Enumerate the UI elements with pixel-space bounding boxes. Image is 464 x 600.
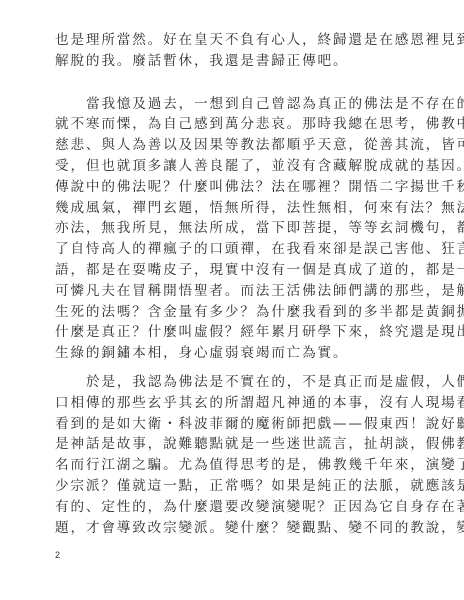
text-line: 可憐凡夫在冒稱開悟聖者。而法王活佛法師們講的那些，是解脫: [55, 281, 403, 302]
text-line: 就不寒而慄，為自己感到萬分悲哀。那時我總在思考，佛教中的: [55, 114, 403, 135]
paragraph-spacer: [55, 72, 403, 94]
text-line: 看到的是如大衛・科波菲爾的魔術師把戲——假東西！說好聽了: [55, 414, 403, 435]
paragraph-1: 也是理所當然。好在皇天不負有心人，終歸還是在感恩裡見到了 解脫的我。廢話暫休，我…: [55, 30, 403, 72]
text-line: 亦法，無我所見，無法所成，當下即菩提，等等玄詞機句，都成: [55, 218, 403, 239]
page-number: 2: [55, 550, 60, 560]
paragraph-spacer: [55, 364, 403, 372]
text-line: 傳說中的佛法呢？什麼叫佛法？法在哪裡？開悟二字揚世千秋、: [55, 177, 403, 198]
text-line: 也是理所當然。好在皇天不負有心人，終歸還是在感恩裡見到了: [55, 30, 403, 51]
text-line: 幾成風氣，禪門玄題，悟無所得，法性無相，何來有法？無法法: [55, 198, 403, 219]
text-line: 是神話是故事，說難聽點就是一些迷世謊言，扯胡談，假佛教之: [55, 434, 403, 455]
text-line: 生死的法嗎？含金量有多少？為什麼我看到的多半都是黃銅拋光？: [55, 302, 403, 323]
text-line: 了自恃高人的禪瘋子的口頭禪，在我看來卻是誤己害他、狂言妄: [55, 239, 403, 260]
document-page: 也是理所當然。好在皇天不負有心人，終歸還是在感恩裡見到了 解脫的我。廢話暫休，我…: [0, 0, 464, 600]
text-line: 語，都是在耍嘴皮子，現實中沒有一個是真成了道的，都是一些: [55, 260, 403, 281]
text-line: 少宗派？僅就這一點，正常嗎？如果是純正的法脈，就應該是固: [55, 476, 403, 497]
text-line: 受，但也就頂多讓人善良罷了，並沒有含藏解脫成就的基因。而: [55, 156, 403, 177]
text-line: 解脫的我。廢話暫休，我還是書歸正傳吧。: [55, 51, 403, 72]
text-line: 於是，我認為佛法是不實在的，不是真正而是虛假，人們口: [55, 372, 403, 393]
text-line: 口相傳的那些玄乎其玄的所謂超凡神通的本事，沒有人現場看到，: [55, 393, 403, 414]
paragraph-2: 當我憶及過去，一想到自己曾認為真正的佛法是不存在的， 就不寒而慄，為自己感到萬分…: [55, 94, 403, 364]
text-line: 題，才會導致改宗變派。變什麼？變觀點、變不同的教說，變形: [55, 518, 403, 539]
text-line: 有的、定性的，為什麼還要改變演變呢？正因為它自身存在著問: [55, 497, 403, 518]
text-line: 當我憶及過去，一想到自己曾認為真正的佛法是不存在的，: [55, 94, 403, 115]
text-line: 慈悲、與人為善以及因果等教法都順乎天意，從善其流，皆可奉: [55, 135, 403, 156]
text-line: 什麼是真正？什麼叫虛假？經年累月研學下來，終究還是現出了: [55, 322, 403, 343]
text-line: 名而行江湖之騙。尤為值得思考的是，佛教幾千年來，演變了多: [55, 455, 403, 476]
text-line: 生綠的銅鏽本相，身心虛弱衰竭而亡為實。: [55, 343, 403, 364]
paragraph-3: 於是，我認為佛法是不實在的，不是真正而是虛假，人們口 口相傳的那些玄乎其玄的所謂…: [55, 372, 403, 538]
body-text: 也是理所當然。好在皇天不負有心人，終歸還是在感恩裡見到了 解脫的我。廢話暫休，我…: [55, 30, 403, 538]
